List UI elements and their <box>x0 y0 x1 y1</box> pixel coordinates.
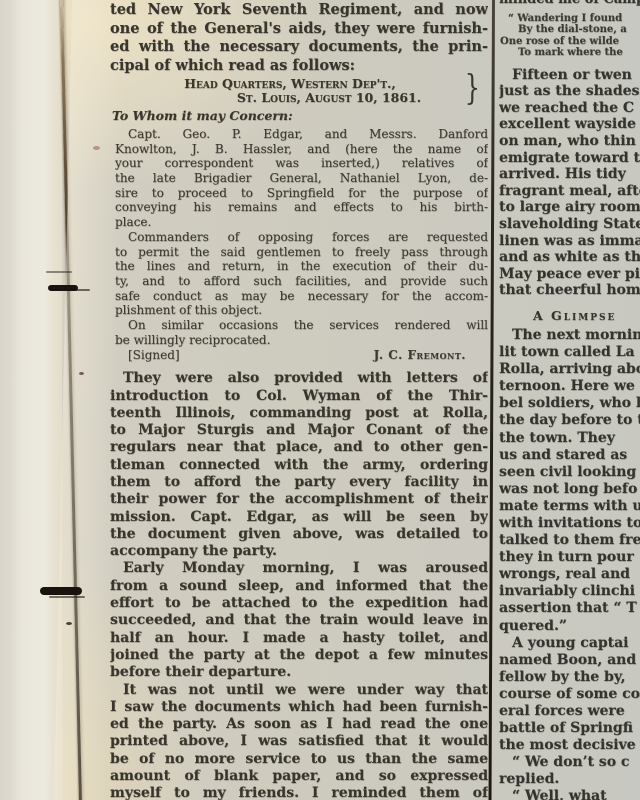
newsprint-line: Rolla, arriving abo <box>499 361 640 378</box>
opening-paragraph: ted New York Seventh Regiment, and nowon… <box>110 1 488 75</box>
newsprint-line: the town. They <box>499 430 640 447</box>
newsprint-line: tleman connected with the army, ordering <box>110 457 488 474</box>
newsprint-line: the document given above, was detailed t… <box>110 526 488 543</box>
newsprint-line: on man, who thin <box>499 133 640 150</box>
newsprint-line: just as the shades of <box>499 83 640 100</box>
newsprint-line: A young captai <box>499 635 640 652</box>
newsprint-line: “ We don’t so c <box>499 754 640 771</box>
newsprint-line: They were also provided with letters of <box>110 370 488 387</box>
ink-speck <box>66 622 72 625</box>
ink-speck <box>79 372 84 375</box>
newsprint-line: ty, and to afford such facilities, and p… <box>115 274 488 289</box>
narrative-body: They were also provided with letters ofi… <box>110 370 488 800</box>
newsprint-line: Knowlton, J. B. Hassler, and (here the n… <box>115 142 488 157</box>
newsprint-line: eral forces were <box>499 703 640 720</box>
newsprint-line: mate terms with u <box>499 498 640 515</box>
binding-stitch-top <box>48 285 78 291</box>
newsprint-line: to large airy room <box>499 199 640 216</box>
dateline-place-date: St. Louis, August 10, 1861. <box>114 91 466 105</box>
newsprint-line: us and stared as <box>499 447 640 464</box>
newsprint-line: The next mornin <box>499 327 640 344</box>
newsprint-line: linen was as imma <box>499 233 640 250</box>
ink-speck <box>93 146 100 150</box>
newsprint-line: the day before to t <box>499 412 640 429</box>
right-article-column: minded me of Camp “ Wandering I foundBy … <box>499 0 640 800</box>
letter-signature-line: [Signed] J. C. Fremont. <box>110 348 488 363</box>
poem-quote-block: “ Wandering I foundBy the dial-stone, aO… <box>499 13 640 59</box>
newsprint-line: named Boon, and <box>499 652 640 669</box>
newsprint-line: from a sound sleep, and informed that th… <box>110 578 488 595</box>
newsprint-line: arrived. His tidy <box>499 166 640 183</box>
newsprint-line: succeeded, and that the train would leav… <box>110 612 488 629</box>
underpage-edge <box>0 0 62 800</box>
newsprint-line: joined the party at the depot a few minu… <box>110 647 488 664</box>
newsprint-line: your correspondent was inserted,) relati… <box>115 156 488 171</box>
letter-body: Capt. Geo. P. Edgar, and Messrs. Danford… <box>110 127 488 348</box>
binding-stitch-bottom <box>40 587 82 595</box>
newsprint-line: be willingly reciprocated. <box>115 333 488 348</box>
newsprint-line: talked to them fre <box>499 532 640 549</box>
newsprint-line: I saw the documents which had been furni… <box>110 699 488 716</box>
newsprint-line: to permit the said gentlemen to freely p… <box>115 245 488 260</box>
newsprint-line: one of the General's aids, they were fur… <box>110 20 488 39</box>
newspaper-page-photo: ted New York Seventh Regiment, and nowon… <box>0 0 640 800</box>
newsprint-line: regulars near that place, and to other g… <box>110 439 488 456</box>
letter-dateline: Head Quarters, Western Dep't., St. Louis… <box>114 77 466 105</box>
newsprint-line: and as white as the <box>499 249 640 266</box>
newsprint-line: accompany the party. <box>110 543 488 560</box>
newsprint-line: mission. Capt. Edgar, as will be seen by <box>110 509 488 526</box>
newsprint-line: that cheerful home <box>499 282 640 299</box>
newsprint-line: wrongs, real and <box>499 566 640 583</box>
newsprint-line: the most decisive <box>499 737 640 754</box>
newsprint-line: Early Monday morning, I was aroused <box>110 560 488 577</box>
newsprint-line: the lines and return, in the execution o… <box>115 259 488 274</box>
newsprint-line: Commanders of opposing forces are reques… <box>115 230 488 245</box>
newsprint-line: sire to proceed to Springfield for the p… <box>115 186 488 201</box>
newsprint-line: place. <box>115 215 488 230</box>
newsprint-line: On similar occasions the services render… <box>115 318 488 333</box>
signature-name: J. C. Fremont. <box>374 348 466 363</box>
newsprint-line: printed above, I was satisfied that it w… <box>110 733 488 750</box>
newsprint-line: we reached the C <box>499 100 640 117</box>
newsprint-line: they in turn pour <box>499 549 640 566</box>
newsprint-line: invariably clinchi <box>499 583 640 600</box>
newsprint-line: ted New York Seventh Regiment, and now <box>110 1 488 20</box>
newsprint-line: fellow by the by, <box>499 669 640 686</box>
newsprint-line: excellent wayside i <box>499 116 640 133</box>
newsprint-line: Capt. Geo. P. Edgar, and Messrs. Danford <box>115 127 488 142</box>
newsprint-line: conveying his remains and effects to his… <box>115 200 488 215</box>
newsprint-line: cipal of which read as follows: <box>110 57 488 76</box>
newsprint-line: them to afford the party every facility … <box>110 474 488 491</box>
newsprint-line: amount of blank paper, and so expressed <box>110 768 488 785</box>
newsprint-line: “ Well, what <box>499 788 640 800</box>
right-narrative-2: The next morninlit town called LaRolla, … <box>499 327 640 800</box>
newsprint-line: replied. <box>499 771 640 788</box>
newsprint-line: before their departure. <box>110 664 488 681</box>
newsprint-line: Fifteen or twen <box>499 67 640 84</box>
newsprint-line: half an hour. I made a hasty toilet, and <box>110 630 488 647</box>
column-divider-rule <box>489 0 495 800</box>
poem-line: To mark where the <box>499 47 640 58</box>
newsprint-line: introduction to Col. Wyman of the Thir- <box>110 388 488 405</box>
newsprint-line: ed the party. As soon as I had read the … <box>110 716 488 733</box>
newsprint-line: assertion that “ T <box>499 600 640 617</box>
newsprint-line: course of some co <box>499 686 640 703</box>
newsprint-line: be of no more service to us than the sam… <box>110 751 488 768</box>
newsprint-line: lit town called La <box>499 344 640 361</box>
newsprint-line: quered.” <box>499 618 640 635</box>
newsprint-line: bel soldiers, who h <box>499 395 640 412</box>
newsprint-line: the late Brigadier General, Nathaniel Ly… <box>115 171 488 186</box>
left-article-column: ted New York Seventh Regiment, and nowon… <box>110 0 488 800</box>
newsprint-line: slaveholding State, <box>499 216 640 233</box>
newsprint-line: teenth Illinois, commanding post at Roll… <box>110 405 488 422</box>
newsprint-line: effort to be attached to the expedition … <box>110 595 488 612</box>
newsprint-line: with invitations to <box>499 515 640 532</box>
newsprint-line: May peace ever pi <box>499 266 640 283</box>
newsprint-line: emigrate toward th <box>499 150 640 167</box>
newsprint-line: seen civil looking <box>499 464 640 481</box>
poem-line: “ Wandering I found <box>499 13 640 24</box>
newsprint-line: their power for the accomplishment of th… <box>110 491 488 508</box>
poem-line: One rose of the wilde <box>499 36 640 47</box>
clipped-top-line: minded me of Camp <box>499 0 640 7</box>
newsprint-line: myself to my friends. I reminded them of <box>110 785 488 800</box>
signed-label: [Signed] <box>128 348 180 363</box>
newsprint-line: fragrant meal, afte <box>499 183 640 200</box>
dateline-headquarters: Head Quarters, Western Dep't., <box>114 77 466 91</box>
newsprint-line: ed with the necessary documents, the pri… <box>110 38 488 57</box>
poem-line: By the dial-stone, a <box>499 24 640 35</box>
newsprint-line: battle of Springfi <box>499 720 640 737</box>
article-section-heading: A Glimpse <box>499 309 640 323</box>
newsprint-line: plishment of this object. <box>115 303 488 318</box>
newsprint-line: to Major Sturgis and Major Conant of the <box>110 422 488 439</box>
newsprint-line: was not long befo <box>499 481 640 498</box>
newsprint-line: safe conduct as may be necessary for the… <box>115 289 488 304</box>
newsprint-line: ternoon. Here we <box>499 378 640 395</box>
letter-salutation: To Whom it may Concern: <box>112 108 488 123</box>
right-narrative-1: Fifteen or twenjust as the shades ofwe r… <box>499 67 640 299</box>
newsprint-line: It was not until we were under way that <box>110 682 488 699</box>
dateline-brace: } <box>465 67 480 111</box>
